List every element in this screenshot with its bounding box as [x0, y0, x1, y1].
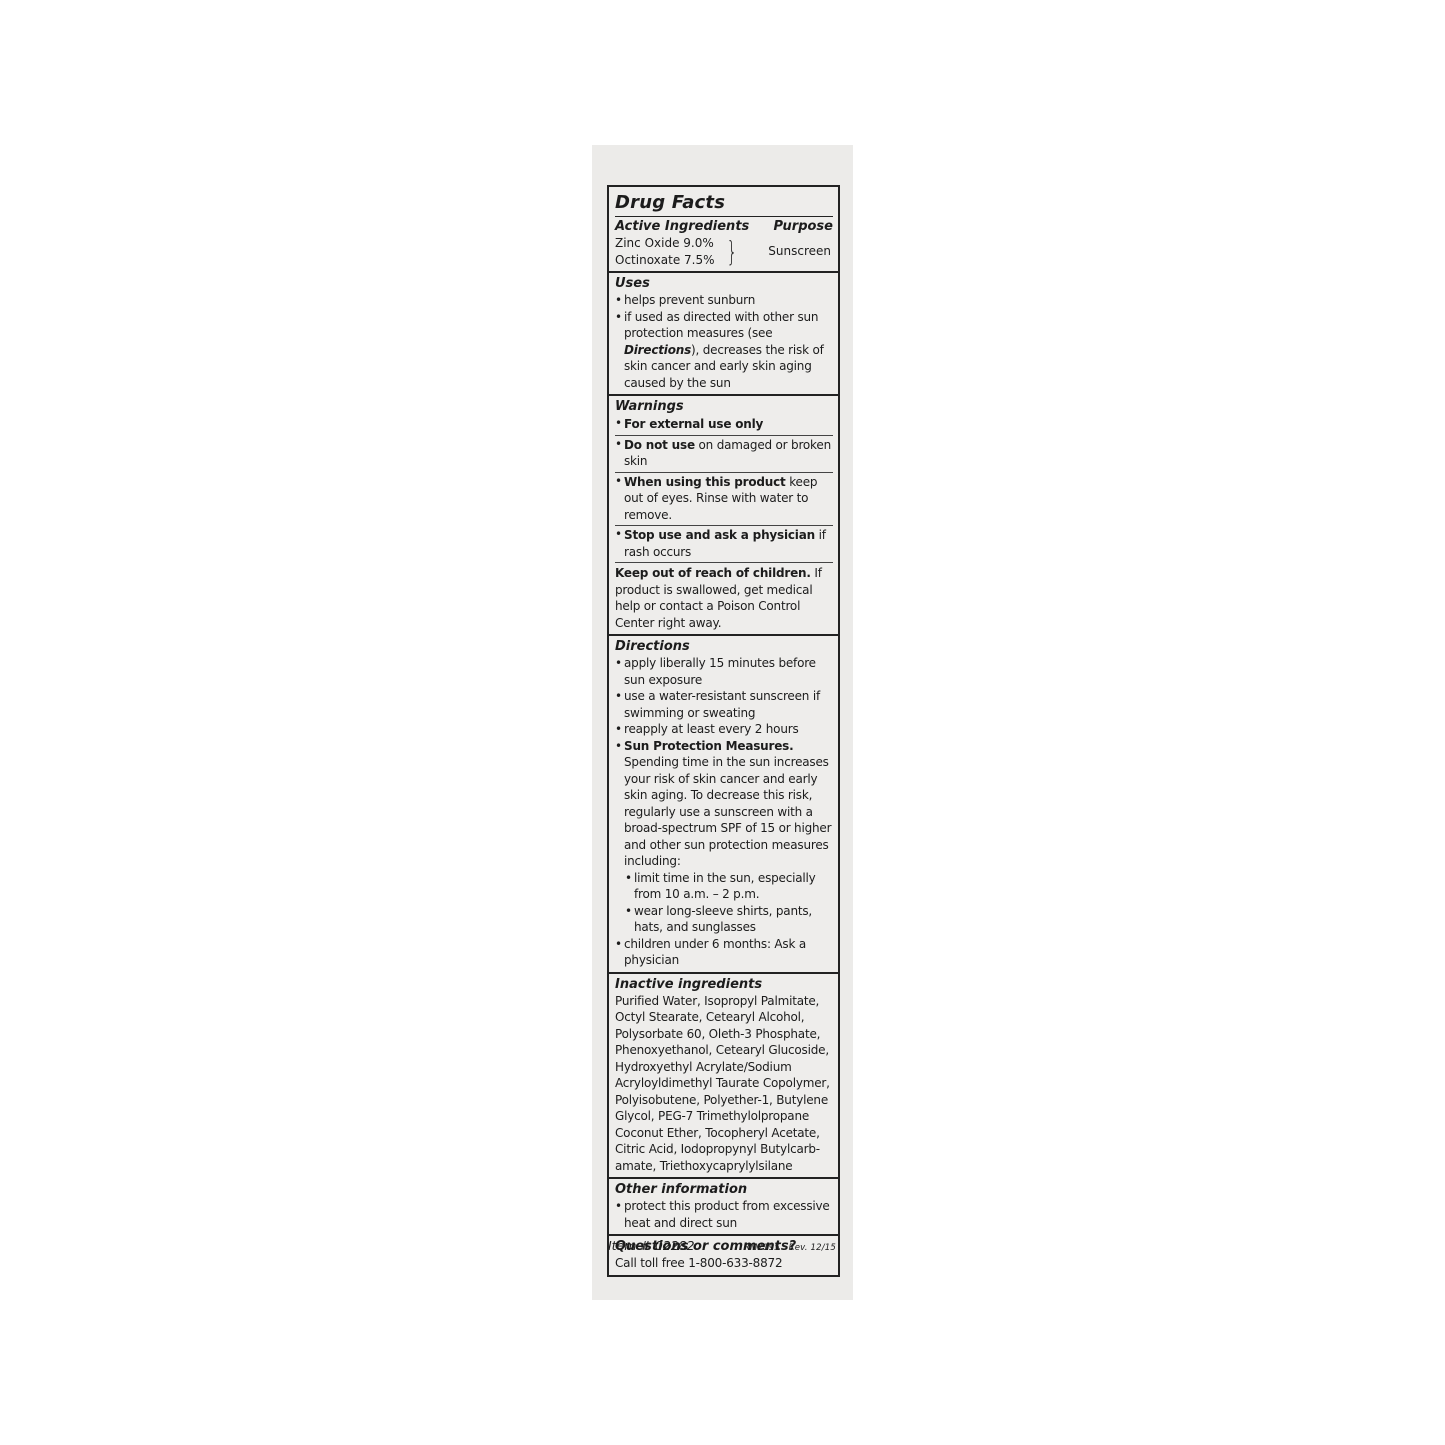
warning-item: Stop use and ask a physician if rash occ… [615, 526, 833, 563]
brace-icon: } [726, 237, 737, 267]
sun-protection-measures: Sun Protection Measures. Spending time i… [615, 738, 833, 870]
other-heading: Other information [615, 1182, 833, 1198]
inactive-ingredients-section: Inactive ingredients Purified Water, Iso… [609, 972, 838, 1178]
direction-item: use a water-resistant sunscreen if swimm… [615, 688, 833, 721]
label-footer: Item # 02282 RM2195 Rev. 12/15 [608, 1238, 836, 1253]
other-information-section: Other information protect this product f… [609, 1177, 838, 1234]
other-item: protect this product from excessive heat… [615, 1198, 833, 1231]
direction-item: children under 6 months: Ask a physician [615, 936, 833, 969]
uses-heading: Uses [615, 276, 833, 292]
direction-item: apply liberally 15 minutes before sun ex… [615, 655, 833, 688]
warning-item: Do not use on damaged or broken skin [615, 436, 833, 473]
revision-code: RM2195 Rev. 12/15 [744, 1243, 836, 1253]
uses-item: if used as directed with other sun prote… [615, 309, 833, 392]
direction-sub-item: wear long-sleeve shirts, pants, hats, an… [615, 903, 833, 936]
inactive-heading: Inactive ingredients [615, 977, 833, 993]
label-panel: Drug Facts Active Ingredients Purpose Zi… [592, 145, 853, 1300]
direction-item: reapply at least every 2 hours [615, 721, 833, 738]
direction-sub-item: limit time in the sun, especially from 1… [615, 870, 833, 903]
ingredient-octinoxate: Octinoxate 7.5% [615, 252, 715, 269]
warning-item: For external use only [615, 415, 833, 436]
active-ingredients-heading: Active Ingredients [615, 219, 749, 235]
directions-heading: Directions [615, 639, 833, 655]
warning-item: When using this product keep out of eyes… [615, 473, 833, 527]
inactive-list: Purified Water, Isopropyl Palmitate, Oct… [615, 993, 833, 1175]
ingredient-zinc-oxide: Zinc Oxide 9.0% [615, 235, 715, 252]
purpose-value: Sunscreen [768, 243, 831, 259]
drug-facts-box: Drug Facts Active Ingredients Purpose Zi… [607, 185, 840, 1277]
uses-section: Uses helps prevent sunburn if used as di… [609, 271, 838, 394]
warnings-heading: Warnings [615, 399, 833, 415]
item-number: Item # 02282 [608, 1238, 695, 1253]
directions-section: Directions apply liberally 15 minutes be… [609, 634, 838, 972]
uses-item: helps prevent sunburn [615, 292, 833, 309]
phone-number: Call toll free 1-800-633-8872 [615, 1255, 833, 1272]
warnings-section: Warnings For external use only Do not us… [609, 394, 838, 634]
active-ingredients-section: Drug Facts Active Ingredients Purpose Zi… [609, 187, 838, 271]
drug-facts-title: Drug Facts [615, 190, 833, 217]
purpose-heading: Purpose [773, 219, 833, 235]
children-warning: Keep out of reach of children. If produc… [615, 563, 833, 631]
